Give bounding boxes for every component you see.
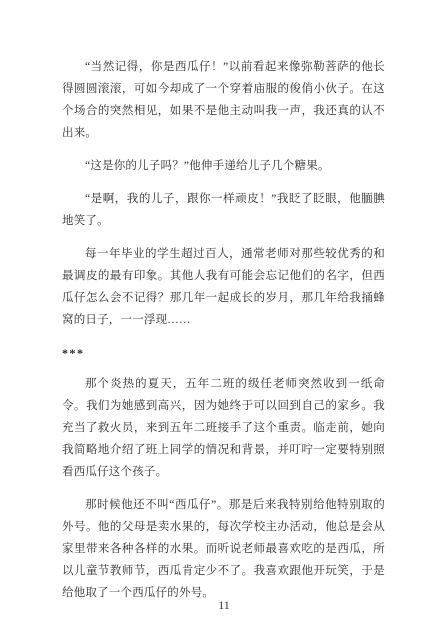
paragraph: “当然记得，你是西瓜仔！”以前看起来像弥勒菩萨的他长得圆圆滚滚，可如今却成了一个… [62, 56, 385, 144]
book-page: “当然记得，你是西瓜仔！”以前看起来像弥勒菩萨的他长得圆圆滚滚，可如今却成了一个… [0, 0, 448, 640]
paragraph: 那时候他还不叫“西瓜仔”。那是后来我特别给他特别取的外号。他的父母是卖水果的，每… [62, 494, 385, 604]
paragraph: 那个炎热的夏天，五年二班的级任老师突然收到一纸命令。我们为她感到高兴，因为她终于… [62, 373, 385, 483]
paragraph: “是啊，我的儿子，跟你一样顽皮！”我眨了眨眼，他腼腆地笑了。 [62, 188, 385, 232]
paragraph: 每一年毕业的学生超过百人，通常老师对那些较优秀的和最调皮的最有印象。其他人我有可… [62, 243, 385, 331]
section-separator: *** [62, 342, 385, 364]
paragraph: “这是你的儿子吗？”他伸手递给儿子几个糖果。 [62, 155, 385, 177]
page-number: 11 [0, 598, 448, 612]
text-block: “当然记得，你是西瓜仔！”以前看起来像弥勒菩萨的他长得圆圆滚滚，可如今却成了一个… [0, 0, 448, 604]
